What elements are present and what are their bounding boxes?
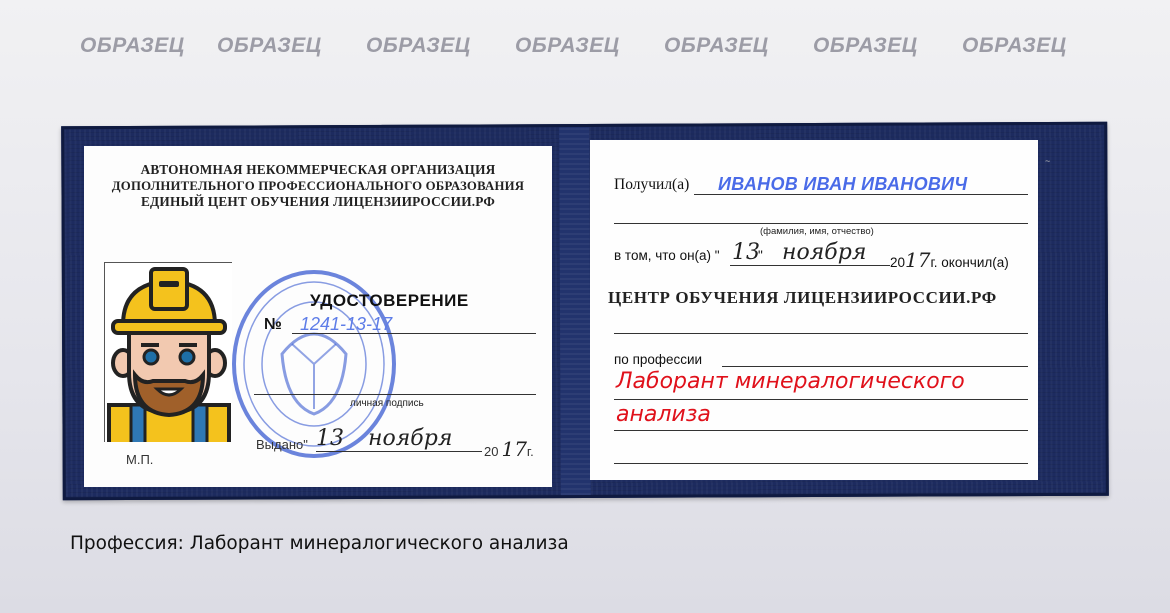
watermark: ОБРАЗЕЦ xyxy=(515,34,620,58)
completed-date-underline xyxy=(730,265,890,266)
recipient-underline xyxy=(694,194,1028,195)
seal-place-label: М.П. xyxy=(126,452,153,467)
watermark: ОБРАЗЕЦ xyxy=(962,34,1067,58)
org-header-line: ДОПОЛНИТЕЛЬНОГО ПРОФЕССИОНАЛЬНОГО ОБРАЗО… xyxy=(84,178,552,194)
watermark: ОБРАЗЕЦ xyxy=(813,34,918,58)
completed-prefix: в том, что он(а) " xyxy=(614,248,720,263)
profession-line-1-underline xyxy=(614,399,1028,400)
completed-year-prefix: 20 xyxy=(890,255,905,270)
completed-month: ноября xyxy=(782,240,866,265)
recipient-name: ИВАНОВ ИВАН ИВАНОВИЧ xyxy=(718,174,967,195)
signature-label: личная подпись xyxy=(350,398,424,409)
profession-underline xyxy=(722,366,1028,367)
issued-year-suffix: 17 xyxy=(501,437,526,461)
completed-year: 2017г. окончил(а) xyxy=(890,248,1009,272)
issued-month: ноября xyxy=(368,426,452,451)
watermark: ОБРАЗЕЦ xyxy=(664,34,769,58)
received-label: Получил(а) xyxy=(614,176,689,194)
fio-caption: (фамилия, имя, отчество) xyxy=(760,226,874,237)
left-page: АВТОНОМНАЯ НЕКОММЕРЧЕСКАЯ ОРГАНИЗАЦИЯ ДО… xyxy=(84,146,552,487)
issued-year-end: г. xyxy=(527,444,534,459)
issued-day: 13 xyxy=(316,426,344,451)
watermark: ОБРАЗЕЦ xyxy=(80,34,185,58)
issued-label: Выдано" xyxy=(256,437,308,452)
signature-line xyxy=(254,394,536,395)
watermark: ОБРАЗЕЦ xyxy=(366,34,471,58)
completed-day: 13 xyxy=(732,240,760,265)
photo xyxy=(104,262,232,442)
profession-line-2: анализа xyxy=(616,402,711,427)
extra-underline xyxy=(614,463,1028,464)
training-center-name: ЦЕНТР ОБУЧЕНИЯ ЛИЦЕНЗИИРОССИИ.РФ xyxy=(608,288,997,308)
profession-line-2-underline xyxy=(614,430,1028,431)
org-header-line: АВТОНОМНАЯ НЕКОММЕРЧЕСКАЯ ОРГАНИЗАЦИЯ xyxy=(84,162,552,178)
certificate-number: 1241-13-17 xyxy=(300,314,392,335)
issued-date-underline xyxy=(316,451,482,452)
center-underline xyxy=(614,333,1028,334)
right-page: ~ Получил(а) ИВАНОВ ИВАН ИВАНОВИЧ (фамил… xyxy=(590,140,1038,480)
completed-quote: " xyxy=(758,248,763,263)
issued-year: 2017г. xyxy=(484,437,534,461)
issued-year-prefix: 20 xyxy=(484,444,498,459)
profession-label: по профессии xyxy=(614,352,702,367)
completed-suffix: г. окончил(а) xyxy=(930,255,1008,270)
organization-header: АВТОНОМНАЯ НЕКОММЕРЧЕСКАЯ ОРГАНИЗАЦИЯ ДО… xyxy=(84,162,552,210)
construction-worker-icon xyxy=(105,263,232,442)
org-header-line: ЕДИНЫЙ ЦЕНТ ОБУЧЕНИЯ ЛИЦЕНЗИИРОССИИ.РФ xyxy=(84,194,552,210)
recipient-second-line xyxy=(614,223,1028,224)
watermark-row: ОБРАЗЕЦ ОБРАЗЕЦ ОБРАЗЕЦ ОБРАЗЕЦ ОБРАЗЕЦ … xyxy=(0,34,1170,64)
profession-caption: Профессия: Лаборант минералогического ан… xyxy=(70,533,569,554)
cover-spine xyxy=(559,127,591,495)
corner-mark: ~ xyxy=(1045,156,1050,166)
certificate-number-label: № xyxy=(264,316,282,334)
completed-year-suffix: 17 xyxy=(905,248,930,272)
number-underline xyxy=(292,333,536,334)
certificate-title: УДОСТОВЕРЕНИЕ xyxy=(310,291,469,311)
watermark: ОБРАЗЕЦ xyxy=(217,34,322,58)
profession-line-1: Лаборант минералогического xyxy=(616,369,965,394)
